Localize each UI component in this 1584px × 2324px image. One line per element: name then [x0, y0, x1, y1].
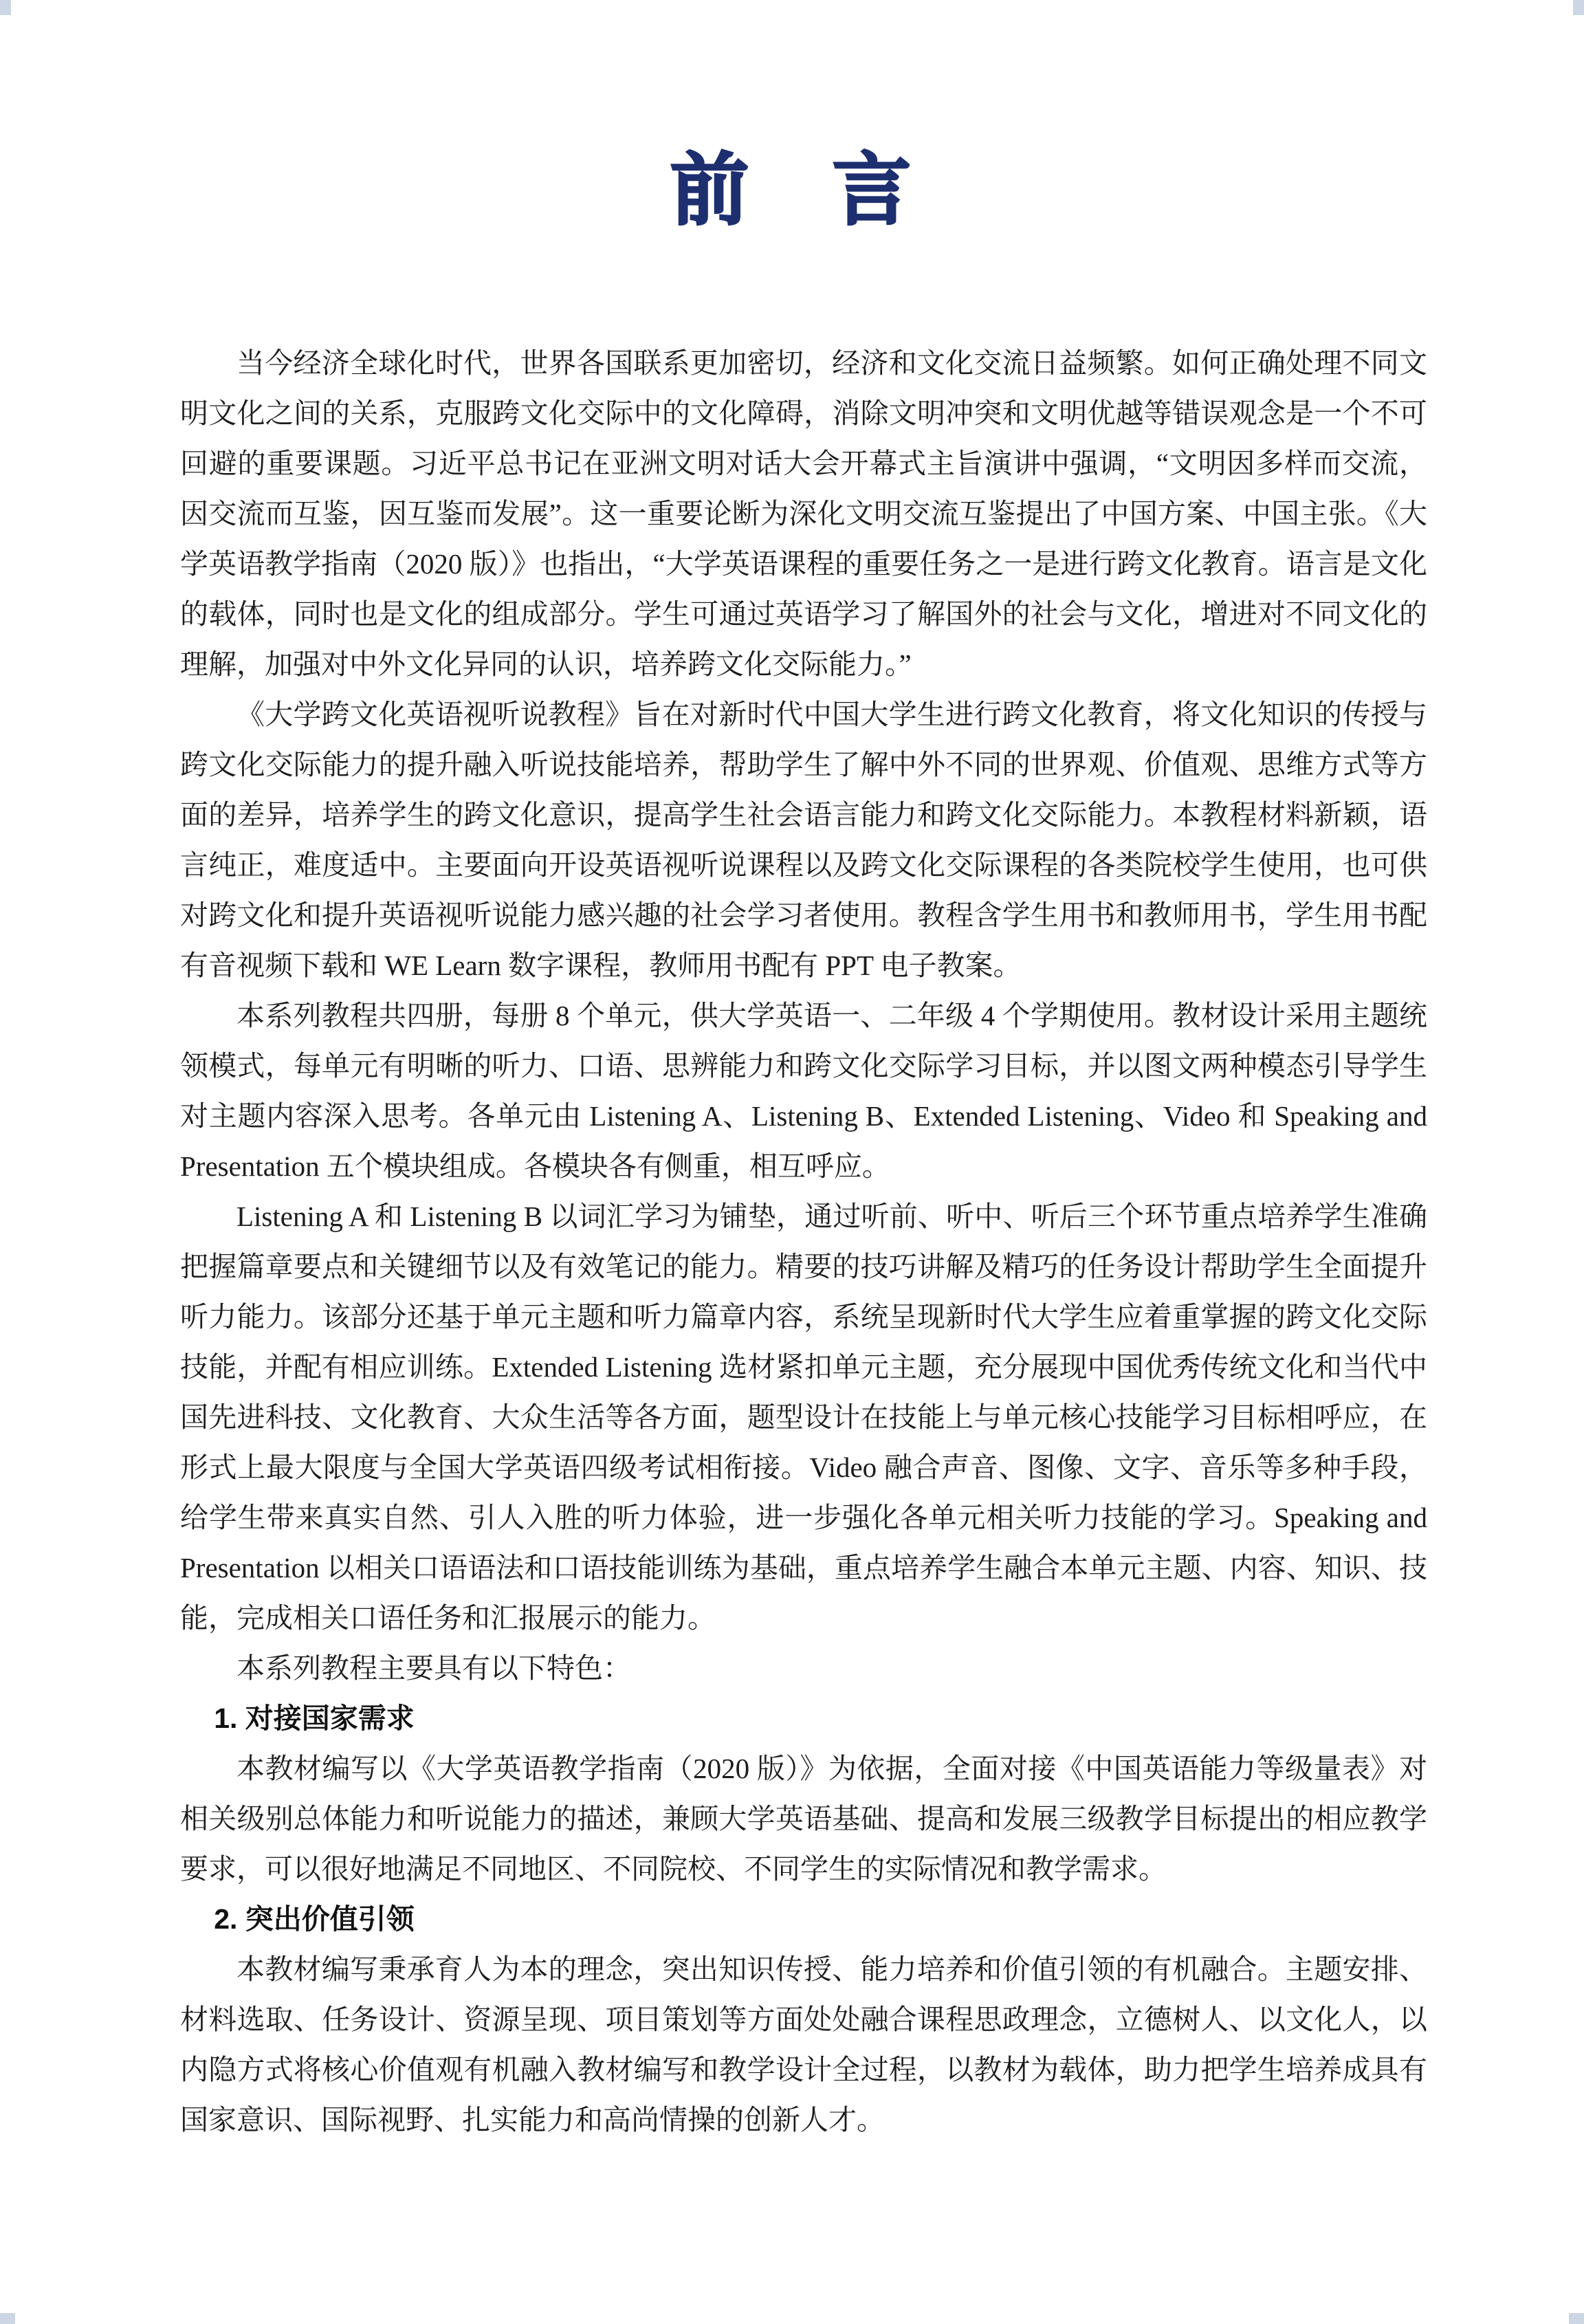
corner-mark-bottom-right-icon	[1569, 2313, 1584, 2324]
corner-mark-top-right-icon	[1573, 0, 1584, 15]
paragraph-features-lead-in: 本系列教程主要具有以下特色：	[180, 1643, 1427, 1693]
corner-mark-bottom-left-icon	[0, 2313, 15, 2324]
preface-page: 前 言 当今经济全球化时代，世界各国联系更加密切，经济和文化交流日益频繁。如何正…	[0, 0, 1584, 2324]
corner-mark-top-left-icon	[0, 0, 11, 15]
paragraph-course-purpose: 《大学跨文化英语视听说教程》旨在对新时代中国大学生进行跨文化教育，将文化知识的传…	[180, 690, 1427, 991]
paragraph-series-structure: 本系列教程共四册，每册 8 个单元，供大学英语一、二年级 4 个学期使用。教材设…	[180, 991, 1427, 1192]
paragraph-intro-globalization: 当今经济全球化时代，世界各国联系更加密切，经济和文化交流日益频繁。如何正确处理不…	[180, 338, 1427, 690]
section-heading-value-guidance: 2. 突出价值引领	[180, 1894, 1427, 1944]
preface-body: 当今经济全球化时代，世界各国联系更加密切，经济和文化交流日益频繁。如何正确处理不…	[180, 338, 1427, 2145]
paragraph-national-needs: 本教材编写以《大学英语教学指南（2020 版）》为依据，全面对接《中国英语能力等…	[180, 1744, 1427, 1894]
section-heading-national-needs: 1. 对接国家需求	[180, 1693, 1427, 1744]
paragraph-value-guidance: 本教材编写秉承育人为本的理念，突出知识传授、能力培养和价值引领的有机融合。主题安…	[180, 1944, 1427, 2145]
page-title: 前 言	[0, 143, 1584, 239]
paragraph-module-description: Listening A 和 Listening B 以词汇学习为铺垫，通过听前、…	[180, 1192, 1427, 1643]
